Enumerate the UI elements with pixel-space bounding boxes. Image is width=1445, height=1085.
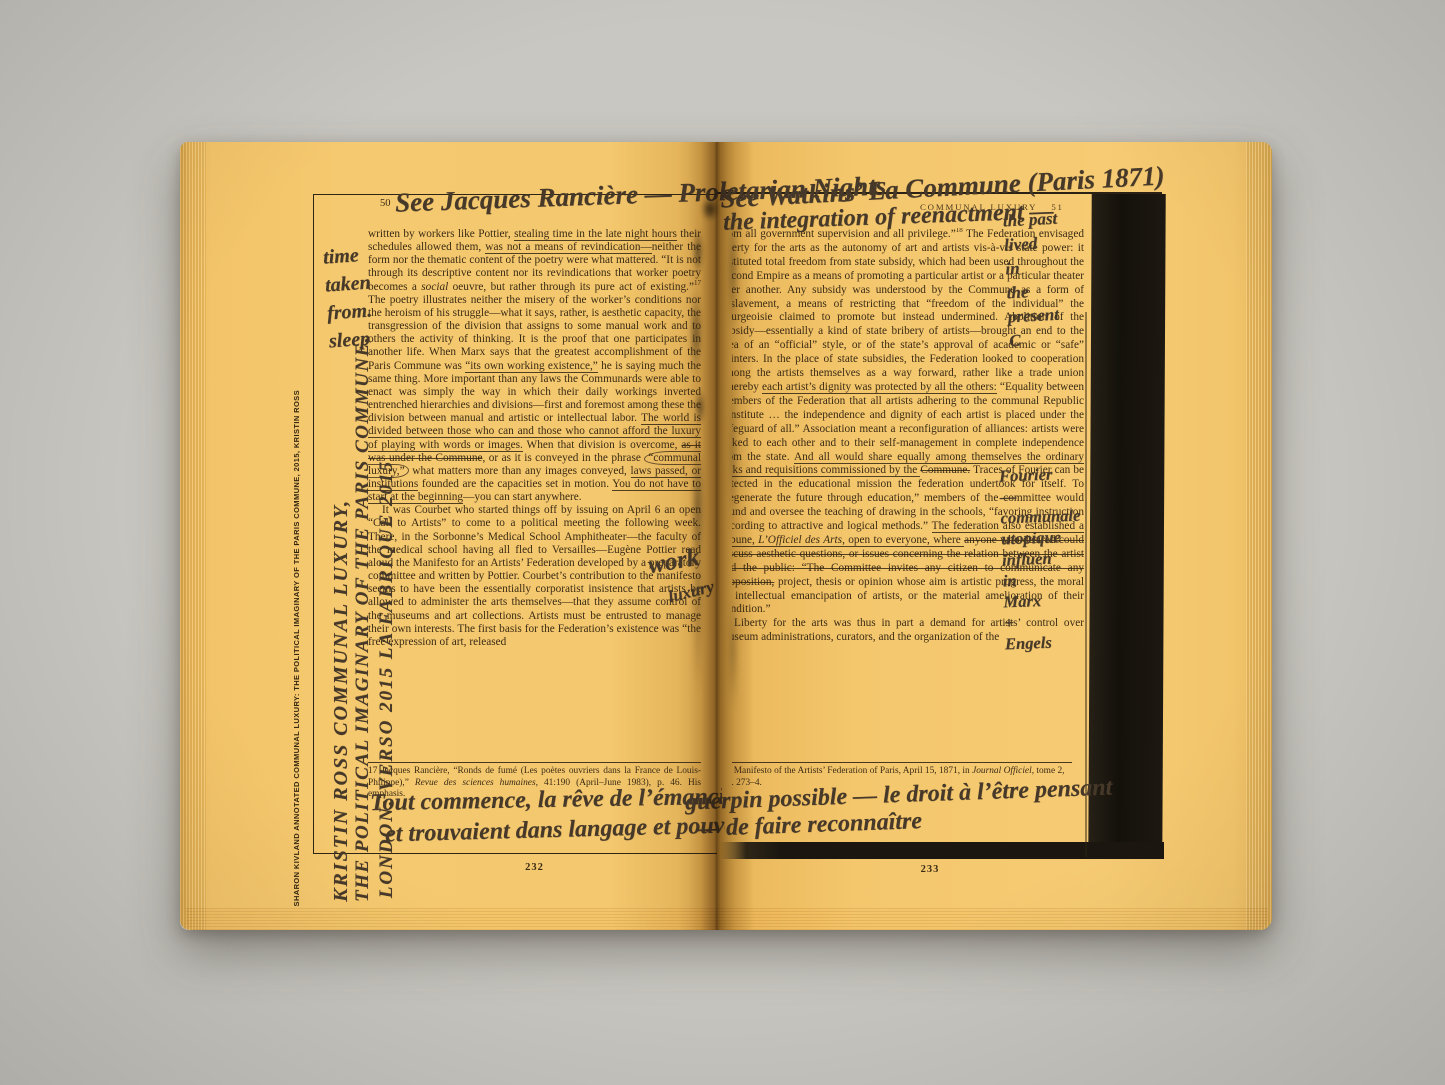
margin-note-fourier-marx-engels: Fourier—communaleutopiqueinflueninMarx+E… [999,463,1085,655]
spine-caption: SHARON KIVLAND ANNOTATED COMMUNAL LUXURY… [292,390,301,906]
page-stack-edge-right [1246,142,1272,930]
left-page-number: 232 [368,862,701,873]
photocopy-black-band-bottom [720,842,1164,859]
open-book: 50 See Jacques Rancière — Proletarian Ni… [180,142,1272,930]
left-page-body: written by workers like Pottier, stealin… [368,228,701,649]
left-page-label: 50 [380,198,391,209]
page-stack-edge-left [180,142,206,930]
photocopy-black-bar [1088,194,1165,859]
right-page-number: 233 [760,864,1100,875]
photo-of-annotated-book: { "colors":{ "background":"#c9c7c1", "pa… [0,0,1445,1085]
vertical-annotation-2: THE POLITICAL IMAGINARY OF THE PARIS COM… [352,336,374,902]
left-paragraph-1: written by workers like Pottier, stealin… [368,228,701,504]
margin-note-past-lived-in-present: the pastlivedinthepresentC [1002,207,1064,354]
vertical-annotation-1: KRISTIN ROSS COMMUNAL LUXURY, [330,499,353,902]
page-stack-edge-bottom [186,908,1268,930]
